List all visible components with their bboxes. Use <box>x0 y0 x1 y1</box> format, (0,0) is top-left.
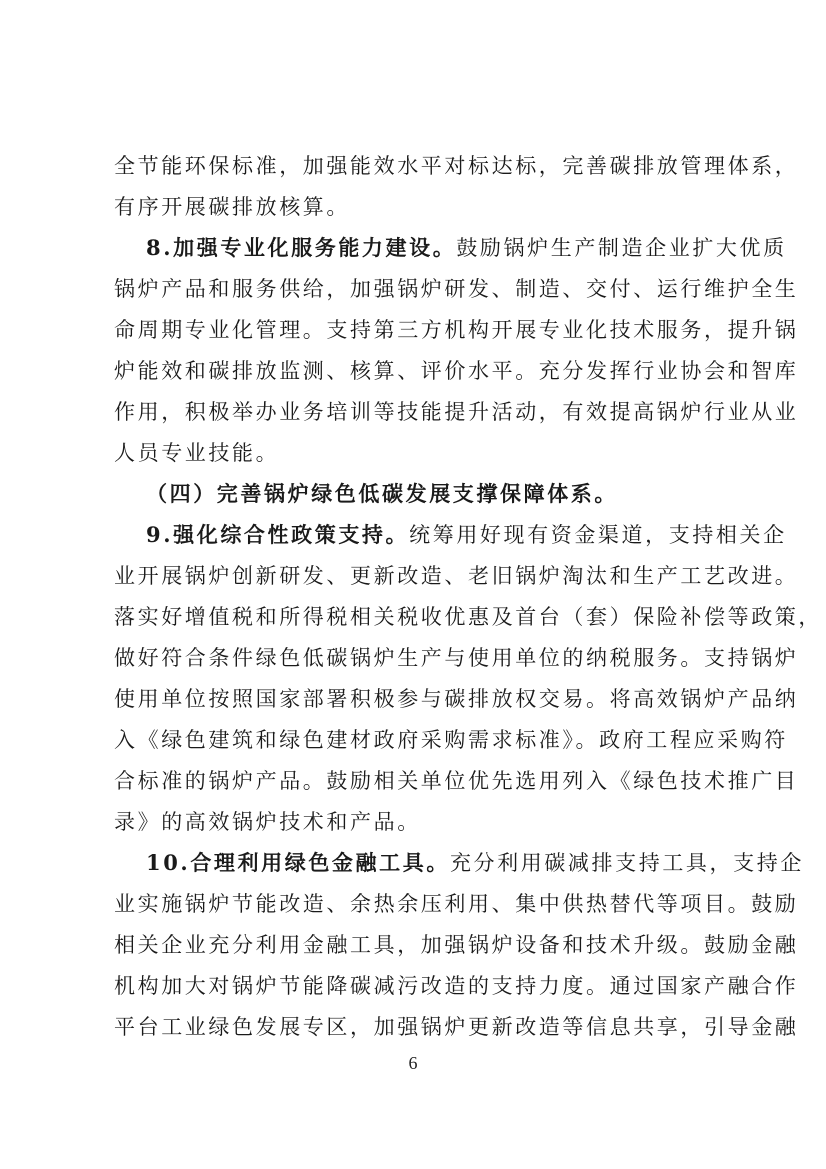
page-number: 6 <box>0 1053 826 1074</box>
paragraph-line: 全节能环保标准，加强能效水平对标达标，完善碳排放管理体系， <box>114 154 714 178</box>
section-heading-4: （四）完善锅炉绿色低碳发展支撑保障体系。 <box>146 482 714 506</box>
paragraph-line: 有序开展碳排放核算。 <box>114 195 714 219</box>
line-text: 炉能效和碳排放监测、核算、评价水平。充分发挥行业协会和智库 <box>114 359 798 383</box>
line-text: 全节能环保标准，加强能效水平对标达标，完善碳排放管理体系， <box>114 154 798 178</box>
line-text: 入《绿色建筑和绿色建材政府采购需求标准》。政府工程应采购符 <box>114 728 788 752</box>
line-text: 锅炉产品和服务供给，加强锅炉研发、制造、交付、运行维护全生 <box>114 277 798 301</box>
line-text: 录》的高效锅炉技术和产品。 <box>114 810 421 834</box>
paragraph-line: 机构加大对锅炉节能降碳减污改造的支持力度。通过国家产融合作 <box>114 974 714 998</box>
paragraph-line: 相关企业充分利用金融工具，加强锅炉设备和技术升级。鼓励金融 <box>114 933 714 957</box>
document-page: 全节能环保标准，加强能效水平对标达标，完善碳排放管理体系， 有序开展碳排放核算。… <box>0 0 826 1169</box>
line-text: 统筹用好现有资金渠道，支持相关企 <box>409 523 787 547</box>
line-text: 做好符合条件绿色低碳锅炉生产与使用单位的纳税服务。支持锅炉 <box>114 646 798 670</box>
paragraph-line: 炉能效和碳排放监测、核算、评价水平。充分发挥行业协会和智库 <box>114 359 714 383</box>
line-text: 作用，积极举办业务培训等技能提升活动，有效提高锅炉行业从业 <box>114 400 798 424</box>
item-heading-8: 8.加强专业化服务能力建设。 <box>146 235 456 260</box>
paragraph-line: 录》的高效锅炉技术和产品。 <box>114 810 714 834</box>
line-text: 人员专业技能。 <box>114 441 279 465</box>
paragraph-line: 命周期专业化管理。支持第三方机构开展专业化技术服务，提升锅 <box>114 318 714 342</box>
paragraph-line: 做好符合条件绿色低碳锅炉生产与使用单位的纳税服务。支持锅炉 <box>114 646 714 670</box>
paragraph-line: 锅炉产品和服务供给，加强锅炉研发、制造、交付、运行维护全生 <box>114 277 714 301</box>
line-text: 鼓励锅炉生产制造企业扩大优质 <box>456 236 786 260</box>
item-heading-9: 9.强化综合性政策支持。 <box>146 522 409 547</box>
paragraph-line: 落实好增值税和所得税相关税收优惠及首台（套）保险补偿等政策， <box>114 605 714 629</box>
line-text: 相关企业充分利用金融工具，加强锅炉设备和技术升级。鼓励金融 <box>114 933 798 957</box>
line-text: 落实好增值税和所得税相关税收优惠及首台（套）保险补偿等政策， <box>114 605 822 629</box>
paragraph-line: 平台工业绿色发展专区，加强锅炉更新改造等信息共享，引导金融 <box>114 1015 714 1039</box>
paragraph-line: 人员专业技能。 <box>114 441 714 465</box>
paragraph-line: 8.加强专业化服务能力建设。鼓励锅炉生产制造企业扩大优质 <box>146 236 714 260</box>
line-text: 机构加大对锅炉节能降碳减污改造的支持力度。通过国家产融合作 <box>114 974 798 998</box>
line-text: 平台工业绿色发展专区，加强锅炉更新改造等信息共享，引导金融 <box>114 1015 798 1039</box>
paragraph-line: 业实施锅炉节能改造、余热余压利用、集中供热替代等项目。鼓励 <box>114 892 714 916</box>
line-text: 业实施锅炉节能改造、余热余压利用、集中供热替代等项目。鼓励 <box>114 892 798 916</box>
line-text: 命周期专业化管理。支持第三方机构开展专业化技术服务，提升锅 <box>114 318 798 342</box>
section-heading-text: （四）完善锅炉绿色低碳发展支撑保障体系。 <box>146 481 618 506</box>
line-text: 有序开展碳排放核算。 <box>114 195 350 219</box>
item-heading-10: 10.合理利用绿色金融工具。 <box>146 850 450 875</box>
line-text: 使用单位按照国家部署积极参与碳排放权交易。将高效锅炉产品纳 <box>114 687 798 711</box>
paragraph-line: 使用单位按照国家部署积极参与碳排放权交易。将高效锅炉产品纳 <box>114 687 714 711</box>
paragraph-line: 业开展锅炉创新研发、更新改造、老旧锅炉淘汰和生产工艺改进。 <box>114 564 714 588</box>
paragraph-line: 10.合理利用绿色金融工具。充分利用碳减排支持工具，支持企 <box>146 851 714 875</box>
paragraph-line: 合标准的锅炉产品。鼓励相关单位优先选用列入《绿色技术推广目 <box>114 769 714 793</box>
paragraph-line: 作用，积极举办业务培训等技能提升活动，有效提高锅炉行业从业 <box>114 400 714 424</box>
line-text: 业开展锅炉创新研发、更新改造、老旧锅炉淘汰和生产工艺改进。 <box>114 564 798 588</box>
line-text: 合标准的锅炉产品。鼓励相关单位优先选用列入《绿色技术推广目 <box>114 769 798 793</box>
paragraph-line: 入《绿色建筑和绿色建材政府采购需求标准》。政府工程应采购符 <box>114 728 714 752</box>
paragraph-line: 9.强化综合性政策支持。统筹用好现有资金渠道，支持相关企 <box>146 523 714 547</box>
line-text: 充分利用碳减排支持工具，支持企 <box>450 851 804 875</box>
